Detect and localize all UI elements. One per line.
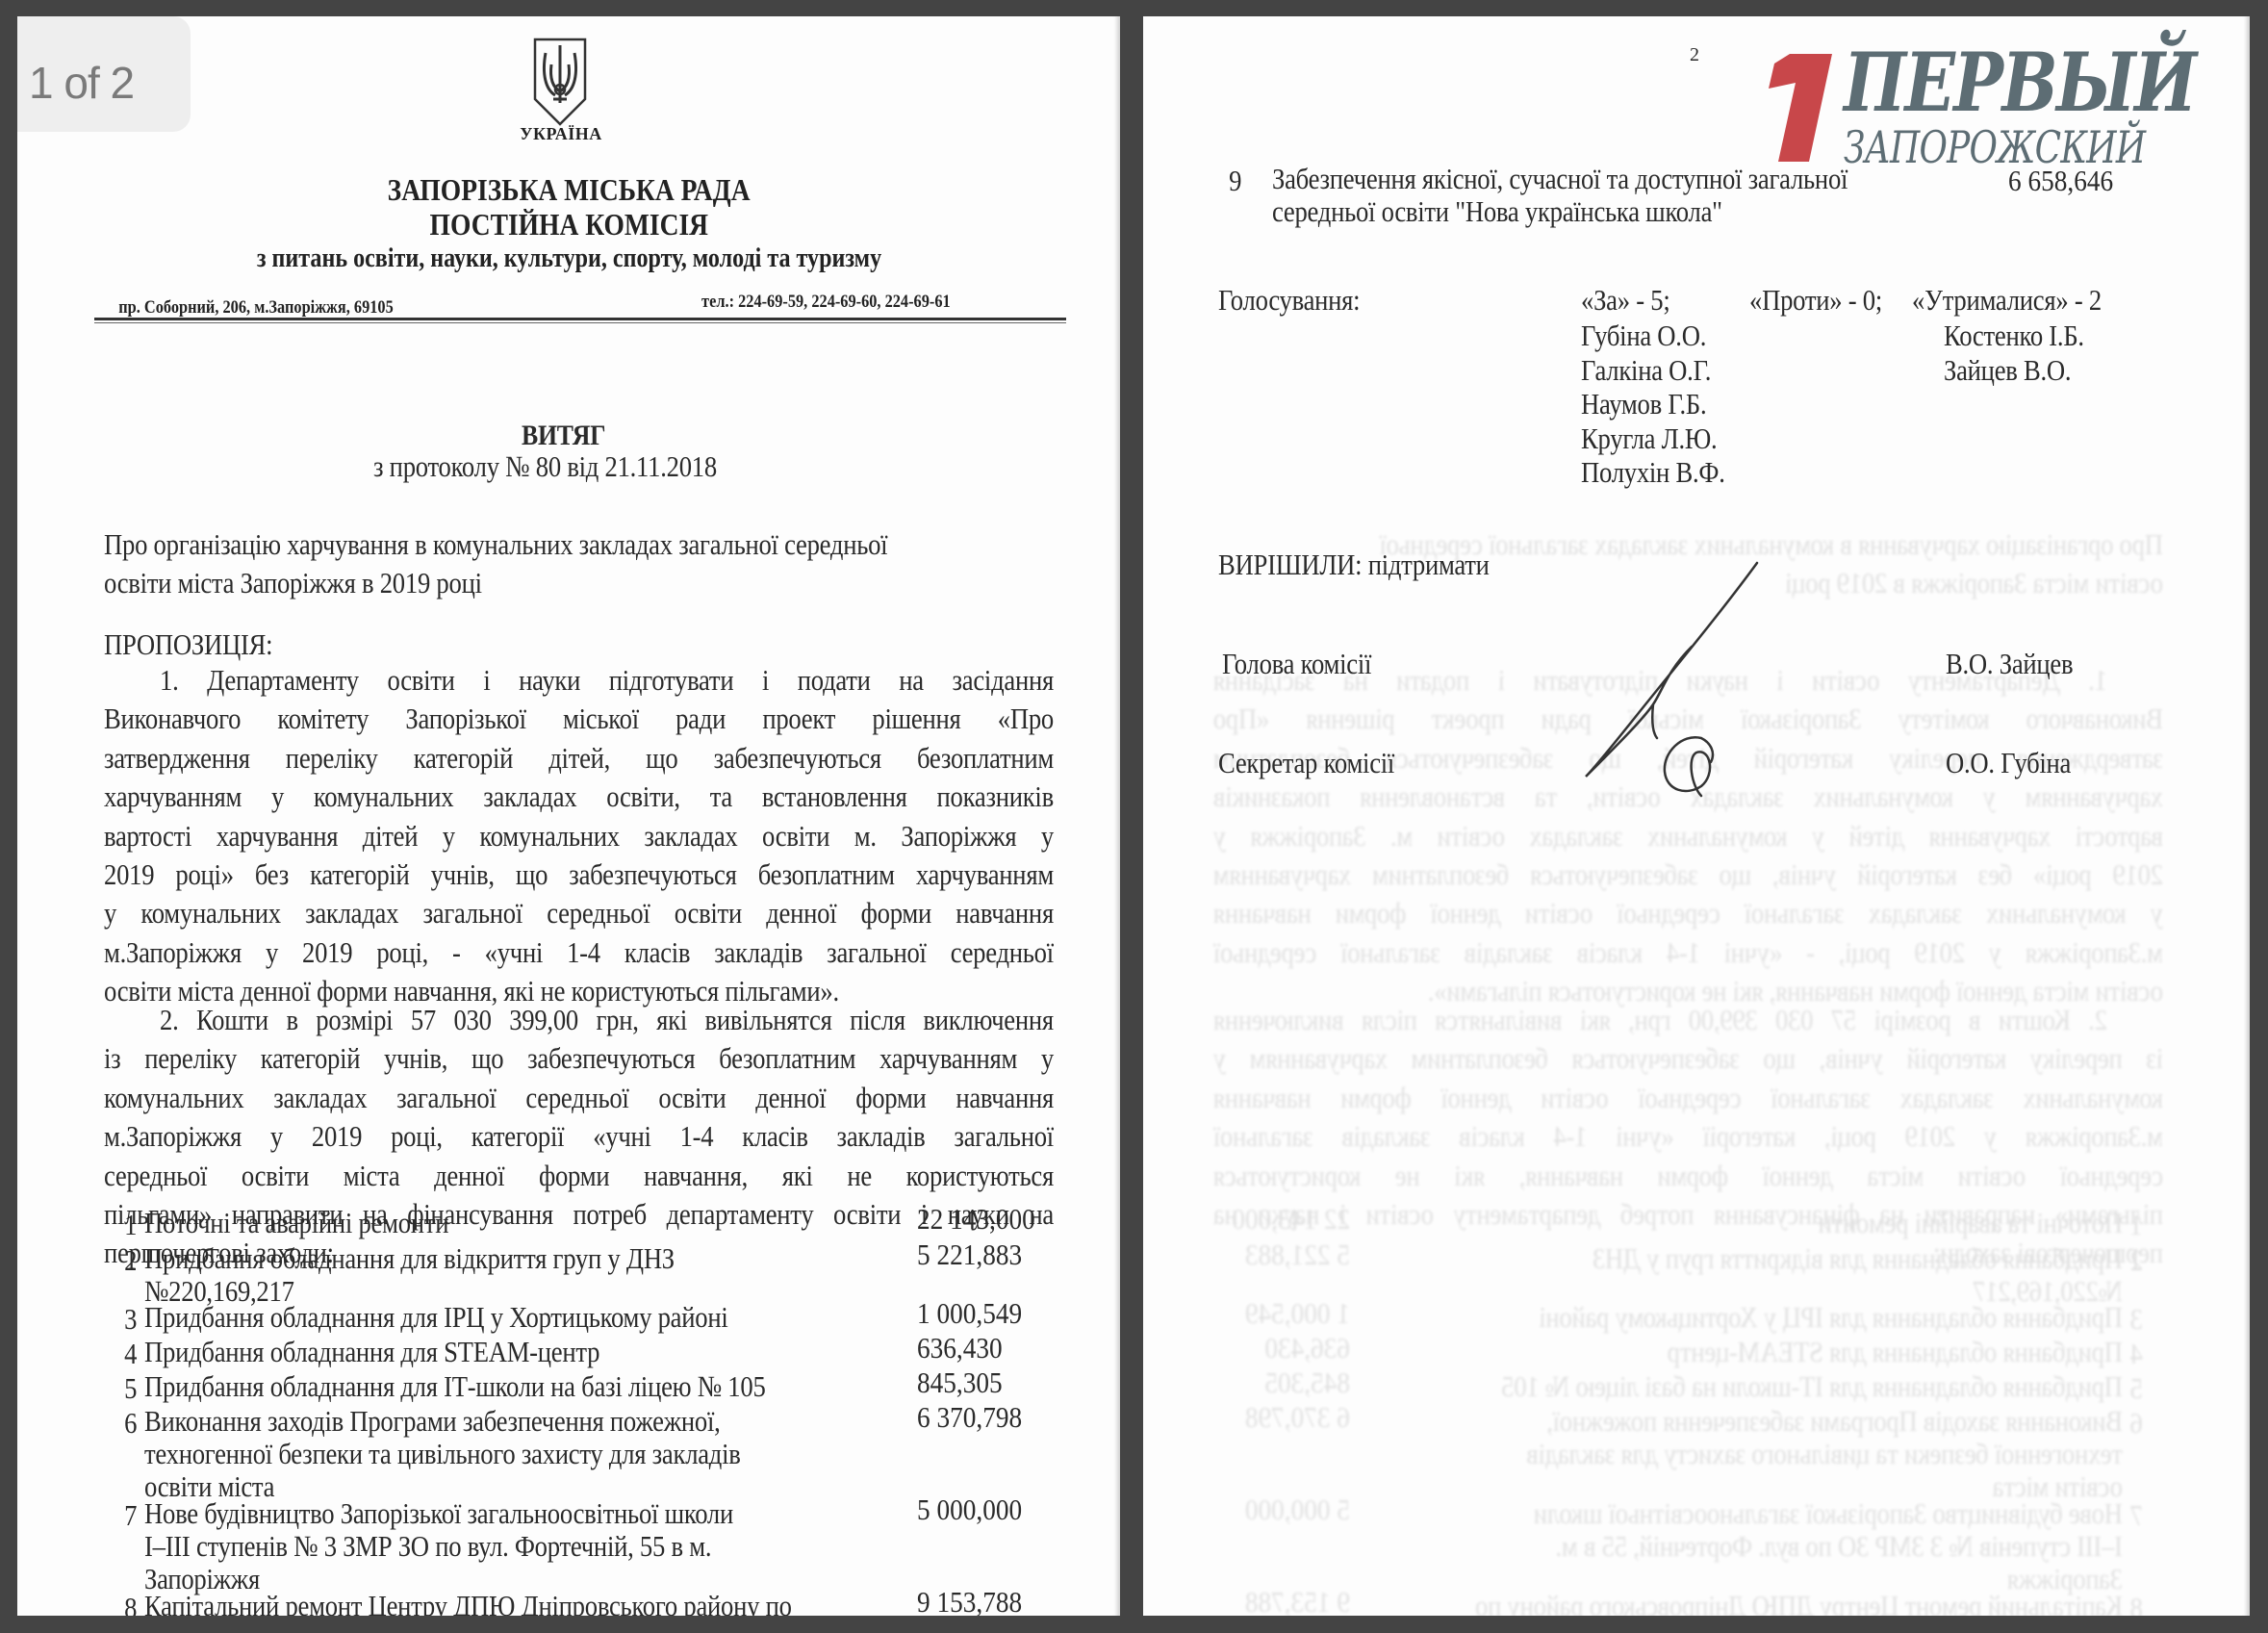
- table-row-amount: 9 153,788: [1245, 1585, 1350, 1616]
- table-row-amount: 5 000,000: [917, 1493, 1022, 1527]
- table-row-text: Придбання обладнання для ІТ-школи на баз…: [144, 1371, 766, 1401]
- paragraph-line: ВиконавчогокомітетуЗапорізькоїміськоїрад…: [104, 703, 1054, 733]
- voter-name: Костенко І.Б.: [1944, 320, 2084, 350]
- table-row-number: 3: [124, 1302, 137, 1337]
- table-row-number: 2: [2130, 1243, 2143, 1278]
- votes-abstained: «Утрималися» - 2: [1912, 285, 2102, 315]
- table-row-number: 8: [2130, 1591, 2143, 1616]
- phones: тел.: 224-69-59, 224-69-60, 224-69-61: [701, 292, 951, 313]
- subject-line: освіти міста Запоріжжя в 2019 році: [1785, 568, 2163, 598]
- table-row-text: освіти міста: [1993, 1471, 2123, 1501]
- table-row-amount: 6 370,798: [917, 1400, 1022, 1435]
- subject-line: освіти міста Запоріжжя в 2019 році: [104, 568, 482, 598]
- paragraph-line: харчуваннямукомунальнихзакладахосвіти,та…: [104, 781, 1054, 811]
- logo-title: ПЕРВЫЙ: [1844, 42, 2196, 123]
- paragraph-line: м.Запоріжжяу2019році,-«учні1-4класівзакл…: [104, 937, 1054, 967]
- logo-subtitle: ЗАПОРОЖСКИЙ: [1844, 125, 2145, 169]
- table-row-text: Придбання обладнання для ІРЦ у Хортицько…: [144, 1302, 727, 1332]
- paragraph-line: 1.Департаментуосвітиінаукипідготуватиіпо…: [160, 665, 1054, 695]
- table-row-number: 4: [124, 1337, 137, 1371]
- table-row-text: Придбання обладнання для відкриття груп …: [1593, 1243, 2123, 1273]
- paragraph-line: 2019році»безкатегорійучнів,щозабезпечуют…: [104, 859, 1054, 889]
- table-row-number: 1: [124, 1208, 137, 1242]
- voter-name: Кругла Л.Ю.: [1581, 423, 1717, 453]
- paragraph-line: ізперелікукатегорійучнів,щозабезпечуютьс…: [104, 1043, 1054, 1073]
- paragraph-line: середньоїосвітимістаденноїформинавчання,…: [1213, 1161, 2163, 1190]
- table-row-text: Придбання обладнання для STEAM-центр: [1668, 1337, 2123, 1366]
- table-row-text: Капітальний ремонт Центру ДПЮ Дніпровськ…: [144, 1591, 792, 1616]
- table-row-amount: 845,305: [1264, 1365, 1350, 1400]
- address: пр. Соборний, 206, м.Запоріжжя, 69105: [118, 297, 394, 319]
- table-row-amount: 22 143,000: [917, 1202, 1035, 1237]
- table-row-text: Придбання обладнання для STEAM-центр: [144, 1337, 599, 1366]
- table-row-text: Поточні та аварійні ремонти: [1819, 1208, 2123, 1238]
- paragraph-line: 2.Коштиврозмірі57030399,00грн,яківивільн…: [160, 1005, 1054, 1034]
- secretary-name: О.О. Губіна: [1946, 748, 2071, 778]
- paragraph-line: затвердженняперелікукатегорійдітей,щозаб…: [104, 743, 1054, 773]
- secretary-role: Секретар комісії: [1218, 748, 1394, 778]
- table-row-text: Виконання заходів Програми забезпечення …: [144, 1406, 721, 1436]
- council-name: ЗАПОРІЗЬКА МІСЬКА РАДА: [17, 172, 1120, 208]
- subject-line: Про організацію харчування в комунальних…: [104, 529, 887, 559]
- table-row-amount: 636,430: [917, 1331, 1003, 1365]
- table-row-number: 9: [1229, 164, 1241, 198]
- table-row-amount: 5 221,883: [917, 1238, 1022, 1272]
- table-row-number: 7: [2130, 1498, 2143, 1533]
- paragraph-line: укомунальнихзакладахзагальноїсередньоїос…: [104, 898, 1054, 928]
- decision: ВИРІШИЛИ: підтримати: [1218, 549, 1490, 579]
- paragraph-line: першочергові заходи:: [1933, 1238, 2163, 1267]
- paragraph-line: 2019році»безкатегорійучнів,щозабезпечуют…: [1213, 859, 2163, 889]
- news-site-watermark-logo: ПЕРВЫЙ ЗАПОРОЖСКИЙ: [1761, 48, 2184, 173]
- table-row-text: техногенної безпеки та цивільного захист…: [1526, 1439, 2123, 1468]
- paragraph-line: м.Запоріжжяу2019році,-«учні1-4класівзакл…: [1213, 937, 2163, 967]
- document-subtitle: з протоколу № 80 від 21.11.2018: [373, 451, 717, 481]
- table-row-number: 7: [124, 1498, 137, 1533]
- voter-name: Полухін В.Ф.: [1581, 457, 1725, 487]
- paragraph-line: комунальнихзакладахзагальноїсередньоїосв…: [104, 1083, 1054, 1112]
- table-row-amount: 1 000,549: [917, 1296, 1022, 1331]
- table-row-number: 6: [124, 1406, 137, 1441]
- table-row-text: Придбання обладнання для відкриття груп …: [144, 1243, 675, 1273]
- voter-name: Наумов Г.Б.: [1581, 389, 1706, 419]
- table-row-number: 3: [2130, 1302, 2143, 1337]
- votes-for: «За» - 5;: [1581, 285, 1669, 315]
- table-row-amount: 5 000,000: [1245, 1493, 1350, 1527]
- table-row-text: Запоріжжя: [2007, 1564, 2123, 1594]
- page-indicator: 1 of 2: [17, 16, 191, 132]
- subject-line: Про організацію харчування в комунальних…: [1380, 529, 2163, 559]
- table-row-amount: 6 370,798: [1245, 1400, 1350, 1435]
- table-row-number: 1: [2130, 1208, 2143, 1242]
- red-number-one-icon: [1761, 48, 1838, 164]
- votes-against: «Проти» - 0;: [1749, 285, 1882, 315]
- handwritten-signature-icon: [1557, 555, 1769, 815]
- table-row-text: Нове будівництво Запорізької загальноосв…: [144, 1498, 733, 1528]
- commission-scope: з питань освіти, науки, культури, спорту…: [17, 243, 1120, 274]
- table-row-text: середньої освіти "Нова українська школа": [1272, 196, 1722, 226]
- table-row-text: Придбання обладнання для ІТ-школи на баз…: [1501, 1371, 2123, 1401]
- voting-label: Голосування:: [1218, 285, 1360, 315]
- paragraph-line: комунальнихзакладахзагальноїсередньоїосв…: [1213, 1083, 2163, 1112]
- voter-name: Губіна О.О.: [1581, 320, 1706, 350]
- table-row-text: Поточні та аварійні ремонти: [144, 1208, 448, 1238]
- table-row-number: 8: [124, 1591, 137, 1616]
- paragraph-line: вартостіхарчуваннядітейукомунальнихзакла…: [104, 821, 1054, 851]
- emblem-caption: УКРАЇНА: [518, 124, 604, 144]
- document-page-1: УКРАЇНА ЗАПОРІЗЬКА МІСЬКА РАДА ПОСТІЙНА …: [17, 16, 1120, 1616]
- paragraph-line: м.Запоріжжяу2019році,категорії«учні1-4кл…: [104, 1121, 1054, 1151]
- paragraph-line: м.Запоріжжяу2019році,категорії«учні1-4кл…: [1213, 1121, 2163, 1151]
- table-row-amount: 1 000,549: [1245, 1296, 1350, 1331]
- paragraph-line: ізперелікукатегорійучнів,щозабезпечуютьс…: [1213, 1043, 2163, 1073]
- table-row-number: 5: [2130, 1371, 2143, 1406]
- table-row-text: І–ІІІ ступенів № 3 ЗМР ЗО по вул. Фортеч…: [144, 1531, 711, 1561]
- table-row-text: Капітальний ремонт Центру ДПЮ Дніпровськ…: [1475, 1591, 2123, 1616]
- paragraph-line: освіти міста денної форми навчання, які …: [1428, 976, 2163, 1006]
- header-divider: [94, 318, 1066, 320]
- table-row-text: техногенної безпеки та цивільного захист…: [144, 1439, 741, 1468]
- voter-name: Зайцев В.О.: [1944, 355, 2071, 385]
- proposal-heading: ПРОПОЗИЦІЯ:: [104, 629, 272, 659]
- table-row-text: Придбання обладнання для ІРЦ у Хортицько…: [1540, 1302, 2123, 1332]
- paragraph-line: пільгами»направитинафінансуванняпотребде…: [1213, 1199, 2163, 1229]
- paragraph-line: середньоїосвітимістаденноїформинавчання,…: [104, 1161, 1054, 1190]
- paragraph-line: освіти міста денної форми навчання, які …: [104, 976, 839, 1006]
- paragraph-line: 2.Коштиврозмірі57030399,00грн,яківивільн…: [1213, 1005, 2107, 1034]
- table-row-amount: 22 143,000: [1232, 1202, 1350, 1237]
- table-row-number: 4: [2130, 1337, 2143, 1371]
- document-page-2: Про організацію харчування в комунальних…: [1143, 16, 2250, 1616]
- chair-name: В.О. Зайцев: [1946, 649, 2073, 678]
- table-row-number: 2: [124, 1243, 137, 1278]
- paragraph-line: вартостіхарчуваннядітейукомунальнихзакла…: [1213, 821, 2163, 851]
- table-row-amount: 9 153,788: [917, 1585, 1022, 1616]
- document-title: ВИТЯГ: [522, 421, 605, 450]
- chair-role: Голова комісії: [1222, 649, 1371, 678]
- paragraph-line: укомунальнихзакладахзагальноїсередньоїос…: [1213, 898, 2163, 928]
- page-number: 2: [1690, 45, 1699, 64]
- table-row-text: І–ІІІ ступенів № 3 ЗМР ЗО по вул. Фортеч…: [1556, 1531, 2123, 1561]
- header-divider-thin: [94, 322, 1066, 323]
- table-row-amount: 5 221,883: [1245, 1238, 1350, 1272]
- table-row-number: 6: [2130, 1406, 2143, 1441]
- ukraine-trident-emblem-icon: [532, 36, 588, 132]
- table-row-text: Виконання заходів Програми забезпечення …: [1546, 1406, 2123, 1436]
- table-row-amount: 636,430: [1264, 1331, 1350, 1365]
- table-row-text: №220,169,217: [1973, 1276, 2123, 1306]
- table-row-amount: 845,305: [917, 1365, 1003, 1400]
- table-row-number: 5: [124, 1371, 137, 1406]
- commission-name: ПОСТІЙНА КОМІСІЯ: [17, 207, 1120, 242]
- bleed-through-text: Про організацію харчування в комунальних…: [1143, 16, 2250, 1616]
- voter-name: Галкіна О.Г.: [1581, 355, 1711, 385]
- table-row-text: Нове будівництво Запорізької загальноосв…: [1534, 1498, 2123, 1528]
